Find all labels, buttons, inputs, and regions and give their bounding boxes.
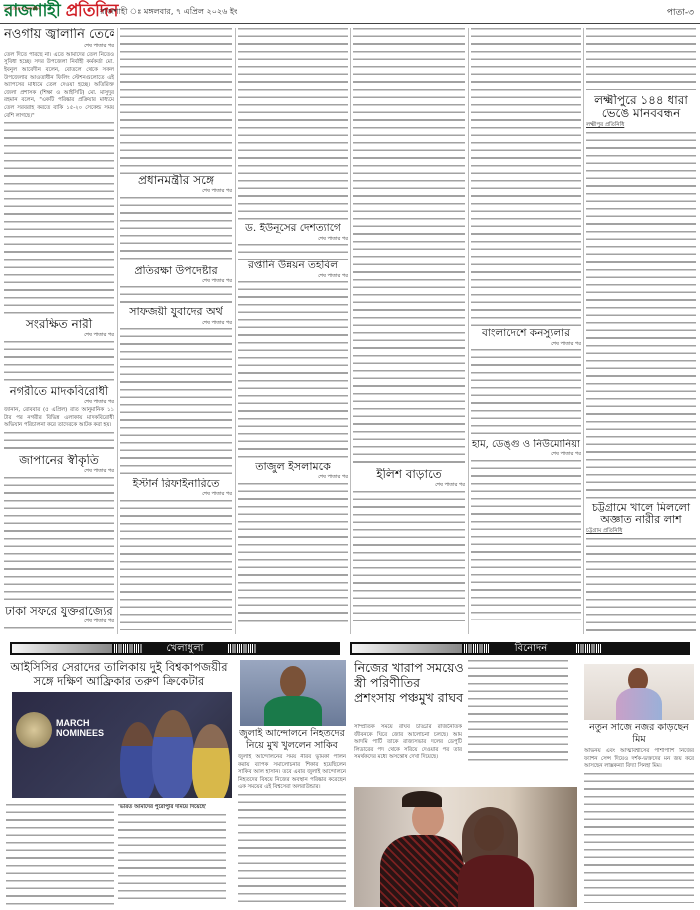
column-6: লক্ষ্মীপুরে ১৪৪ ধারা ভেঙে মানববন্ধন লক্ষ…: [586, 28, 696, 634]
article-body-lines: [120, 328, 232, 478]
article-body-lines: [120, 286, 232, 306]
continuation-label: শেষ পাতার পর: [238, 474, 348, 482]
sports-section-label: খেলাধুলা: [150, 642, 220, 655]
continuation-label: শেষ পাতার পর: [4, 468, 114, 476]
newspaper-page: সত্য প্রকাশে আপসহীন রাজশাহী প্রতিদিন রাজ…: [0, 0, 700, 910]
article-body-lines: [468, 660, 568, 764]
column-3: ড. ইউনূসের দেশত্যাগে শেষ পাতার পর রপ্তান…: [238, 28, 348, 634]
nominees-photo[interactable]: MARCH NOMINEES: [12, 692, 232, 798]
entertainment-section-band: বিনোদন: [350, 642, 690, 655]
headline: সাফজয়ী যুবাদের অর্থ: [120, 306, 232, 318]
man-hair: [402, 791, 442, 807]
sports-side-body: জুলাই আন্দোলনের সময় নীরব ভূমিকা পালন কর…: [238, 754, 346, 908]
couple-photo[interactable]: [354, 787, 577, 907]
article-pm[interactable]: প্রধানমন্ত্রীর সঙ্গে শেষ পাতার পর: [120, 174, 232, 265]
article-eastern[interactable]: ইস্টার্ন রিফাইনারিতে শেষ পাতার পর: [120, 478, 232, 630]
sports-side-headline: জুলাই আন্দোলনে নিহতদের নিয়ে মুখ খুললেন …: [236, 728, 348, 752]
entertainment-side-headline: নতুন সাজে নজর কাড়ছেন মিম: [582, 722, 696, 746]
column-5: বাংলাদেশে কনস্যুলার শেষ পাতার পর হাম, ডে…: [471, 28, 581, 634]
article-body-lines: [238, 483, 348, 623]
article-body-lines: [4, 341, 114, 385]
article-body-lines: [471, 349, 581, 439]
mim-photo[interactable]: [584, 664, 694, 720]
article-defense[interactable]: প্রতিরক্ষা উপদেষ্টার শেষ পাতার পর: [120, 265, 232, 307]
article-body-lines: [586, 28, 696, 90]
portrait-dress: [616, 688, 662, 720]
article-text: তেল দিতে পারছে না। এতে আমাদের তেল নিতেও …: [4, 52, 114, 120]
article-text: সাম্প্রতিক সময়ে রাঘব চাড্ডার রাজনৈতিক জ…: [354, 724, 462, 762]
headline: রপ্তানি উন্নয়ন তহবিল: [238, 260, 348, 272]
article-hilsa[interactable]: ইলিশ বাড়াতে শেষ পাতার পর: [353, 468, 465, 621]
article-body-lines: [4, 477, 114, 605]
continuation-label: শেষ পাতার পর: [4, 618, 114, 626]
award-emblem: [16, 712, 52, 748]
masthead: সত্য প্রকাশে আপসহীন রাজশাহী প্রতিদিন রাজ…: [0, 0, 700, 24]
continuation-label: শেষ পাতার পর: [4, 43, 114, 51]
article-body-lines: [353, 28, 465, 468]
article-body-lines: [4, 432, 114, 454]
article-body-lines: [238, 794, 346, 904]
sports-column-a: [6, 804, 114, 908]
headline: সংরক্ষিত নারী: [4, 318, 114, 331]
article-dhaka[interactable]: ঢাকা সফরে যুক্তরাজ্যের শেষ পাতার পর: [4, 605, 114, 634]
continuation-label: শেষ পাতার পর: [120, 278, 232, 286]
article-body-lines: [238, 244, 348, 260]
article-body-lines: [120, 28, 232, 174]
portrait-jersey: [264, 696, 322, 726]
article-tajul[interactable]: তাজুল ইসলামকে শেষ পাতার পর: [238, 461, 348, 623]
player-figure: [120, 722, 156, 798]
article-body-lines: [586, 132, 696, 502]
headline: হাম, ডেঙ্গু ও নিউমোনিয়া: [471, 439, 581, 450]
article-text: অভিনয় এবং আত্মবিশ্বাসের পাশাপাশি নিজের …: [584, 748, 694, 771]
photo-caption-text: MARCH NOMINEES: [56, 718, 116, 738]
sports-section-band: খেলাধুলা: [10, 642, 340, 655]
player-figure: [192, 724, 230, 798]
entertainment-column-a: সাম্প্রতিক সময়ে রাঘব চাড্ডার রাজনৈতিক জ…: [354, 724, 462, 764]
column-4: ইলিশ বাড়াতে শেষ পাতার পর: [353, 28, 465, 634]
article-body-lines: [120, 500, 232, 630]
player-figure: [152, 710, 194, 798]
sports-column-b: 'ভারত আমাদের পুরোপুরি দমিয়ে দিয়েছে': [118, 804, 226, 908]
entertainment-headline: নিজের খারাপ সময়েও স্ত্রী পরিণীতির প্রশং…: [354, 660, 464, 705]
article-yunus[interactable]: ড. ইউনূসের দেশত্যাগে শেষ পাতার পর: [238, 223, 348, 260]
column-2: প্রধানমন্ত্রীর সঙ্গে শেষ পাতার পর প্রতির…: [120, 28, 232, 634]
article-dengue[interactable]: হাম, ডেঙ্গু ও নিউমোনিয়া শেষ পাতার পর: [471, 439, 581, 620]
headline: প্রধানমন্ত্রীর সঙ্গে: [120, 174, 232, 187]
column-divider: [468, 28, 469, 634]
headline: নগরীতে মাদকবিরোধী: [4, 385, 114, 398]
woman-dress: [458, 855, 534, 907]
article-body-lines: [118, 814, 226, 904]
continuation-label: শেষ পাতার পর: [471, 451, 581, 459]
article-chattogram[interactable]: চট্টগ্রামে খালে মিললো অজ্ঞাত নারীর লাশ চ…: [586, 502, 696, 634]
entertainment-side-body: অভিনয় এবং আত্মবিশ্বাসের পাশাপাশি নিজের …: [584, 748, 694, 908]
article-text: জানান, রোববার (৫ এপ্রিল) রাত আনুমানিক ১১…: [4, 407, 114, 430]
article-japan[interactable]: জাপানের স্বীকৃতি শেষ পাতার পর: [4, 454, 114, 605]
article-body-lines: [6, 804, 114, 908]
continuation-label: শেষ পাতার পর: [120, 491, 232, 499]
headline: বাংলাদেশে কনস্যুলার: [471, 328, 581, 340]
article-body-lines: [120, 197, 232, 265]
column-divider: [350, 28, 351, 634]
article-bd-investment[interactable]: বাংলাদেশে কনস্যুলার শেষ পাতার পর: [471, 328, 581, 439]
dateline: রাজশাহী ঃ মঙ্গলবার, ৭ এপ্রিল ২০২৬ ইং: [100, 6, 237, 19]
column-divider: [117, 28, 118, 634]
headline: ইলিশ বাড়াতে: [353, 468, 465, 481]
headline: ইস্টার্ন রিফাইনারিতে: [120, 478, 232, 490]
column-divider: [235, 28, 236, 634]
headline: লক্ষ্মীপুরে ১৪৪ ধারা ভেঙে মানববন্ধন: [586, 94, 696, 120]
article-body-lines: [4, 122, 114, 318]
article-body-lines: [353, 491, 465, 621]
headline: ঢাকা সফরে যুক্তরাজ্যের: [4, 605, 114, 618]
article-lakshmipur[interactable]: লক্ষ্মীপুরে ১৪৪ ধারা ভেঙে মানববন্ধন লক্ষ…: [586, 94, 696, 502]
portrait-head: [280, 666, 306, 698]
continuation-label: শেষ পাতার পর: [4, 399, 114, 407]
man-shawl: [380, 835, 464, 907]
column-divider: [583, 28, 584, 634]
article-body-lines: [586, 538, 696, 634]
headline: তাজুল ইসলামকে: [238, 461, 348, 473]
article-body-lines: [238, 28, 348, 223]
continuation-label: শেষ পাতার পর: [238, 236, 348, 244]
continuation-label: শেষ পাতার পর: [120, 188, 232, 196]
continuation-label: শেষ পাতার পর: [353, 482, 465, 490]
article-body-lines: [238, 281, 348, 461]
continuation-label: শেষ পাতার পর: [4, 332, 114, 340]
byline: চট্টগ্রাম প্রতিনিধি: [586, 528, 696, 536]
article-body-lines: [471, 28, 581, 328]
entertainment-section-label: বিনোদন: [496, 642, 566, 655]
article-text: জুলাই আন্দোলনের সময় নীরব ভূমিকা পালন কর…: [238, 754, 346, 792]
headline: প্রতিরক্ষা উপদেষ্টার: [120, 265, 232, 277]
logo-tagline: সত্য প্রকাশে আপসহীন: [4, 0, 40, 19]
article-women[interactable]: সংরক্ষিত নারী শেষ পাতার পর: [4, 318, 114, 385]
article-youth[interactable]: সাফজয়ী যুবাদের অর্থ শেষ পাতার পর: [120, 306, 232, 478]
continuation-label: শেষ পাতার পর: [471, 341, 581, 349]
article-export[interactable]: রপ্তানি উন্নয়ন তহবিল শেষ পাতার পর: [238, 260, 348, 461]
headline: ড. ইউনূসের দেশত্যাগে: [238, 223, 348, 235]
continuation-label: শেষ পাতার পর: [120, 320, 232, 328]
continuation-label: শেষ পাতার পর: [238, 273, 348, 281]
sports-headline: আইসিসির সেরাদের তালিকায় দুই বিশ্বকাপজয়…: [6, 660, 232, 688]
quote-subheading: 'ভারত আমাদের পুরোপুরি দমিয়ে দিয়েছে': [118, 804, 226, 812]
headline: জাপানের স্বীকৃতি: [4, 454, 114, 467]
article-body-lines: [4, 627, 114, 634]
entertainment-column-b: [468, 660, 568, 764]
headline: চট্টগ্রামে খালে মিললো অজ্ঞাত নারীর লাশ: [586, 502, 696, 526]
byline: লক্ষ্মীপুর প্রতিনিধি: [586, 122, 696, 130]
headline: নওগাঁয় জ্বালানি তেলের: [4, 28, 114, 42]
page-number: পাতা-৩: [667, 5, 694, 20]
article-body-lines: [584, 773, 694, 903]
column-1: নওগাঁয় জ্বালানি তেলের শেষ পাতার পর তেল …: [4, 28, 114, 634]
shakib-photo[interactable]: [240, 660, 346, 726]
article-drugs[interactable]: নগরীতে মাদকবিরোধী শেষ পাতার পর জানান, রো…: [4, 385, 114, 454]
article-body-lines: [471, 460, 581, 620]
article-fuel[interactable]: নওগাঁয় জ্বালানি তেলের শেষ পাতার পর তেল …: [4, 28, 114, 318]
